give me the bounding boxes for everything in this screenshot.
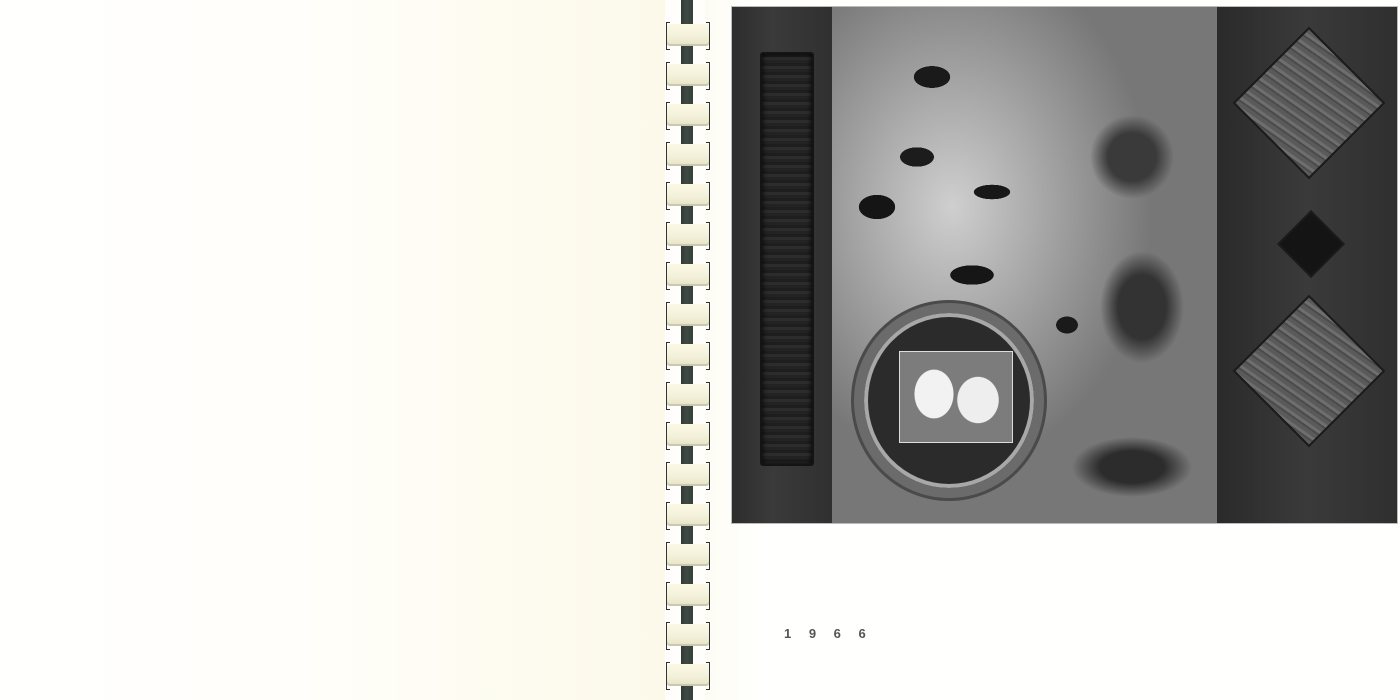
spiral-ring [667, 104, 709, 126]
spiral-ring [667, 424, 709, 446]
spiral-ring [667, 624, 709, 646]
artwork-rope-porthole [854, 303, 1044, 498]
artwork-left-wood-panel [732, 7, 832, 523]
artwork-photograph [731, 6, 1398, 524]
spiral-ring [667, 384, 709, 406]
artwork-center-textured-field [832, 7, 1217, 523]
artwork-inset-bar [760, 52, 814, 466]
spiral-ring [667, 184, 709, 206]
spiral-ring [667, 464, 709, 486]
spiral-ring [667, 504, 709, 526]
spiral-ring [667, 224, 709, 246]
spiral-ring [667, 144, 709, 166]
artwork-collage-photo [899, 351, 1013, 443]
spiral-ring [667, 664, 709, 686]
spiral-ring [667, 544, 709, 566]
artwork-right-wood-panel [1217, 7, 1397, 523]
plate-year-caption: 1 9 6 6 [784, 626, 873, 641]
spiral-ring [667, 584, 709, 606]
spiral-ring [667, 264, 709, 286]
artwork-small-dark-diamond [1277, 210, 1345, 278]
spiral-ring [667, 64, 709, 86]
spiral-ring [667, 304, 709, 326]
spiral-ring [667, 24, 709, 46]
left-page [0, 0, 665, 700]
artwork-bark-diamond-bottom [1233, 295, 1386, 448]
spiral-ring [667, 344, 709, 366]
artwork-bark-diamond-top [1233, 27, 1386, 180]
